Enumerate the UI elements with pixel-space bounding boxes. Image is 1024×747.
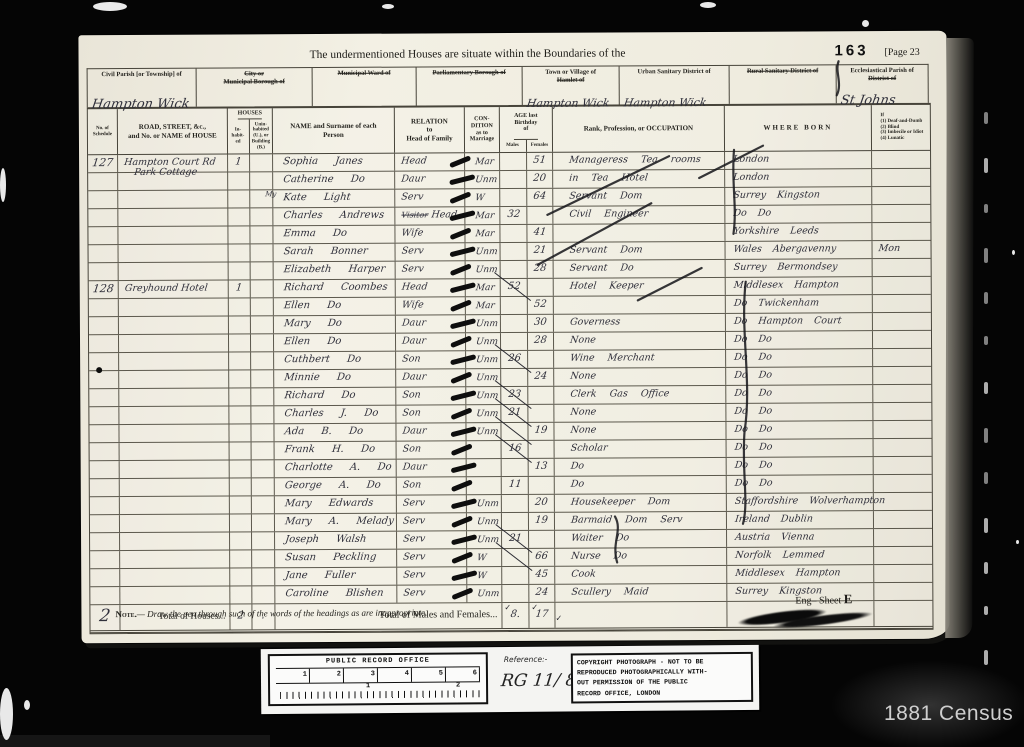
cell-name: Mary A. Melady: [275, 514, 397, 532]
cell-born: Wales Abergavenny: [726, 241, 873, 259]
film-sprocket-mark: [984, 204, 988, 213]
cell-age-male: [501, 243, 528, 260]
cell-age-female: 41: [527, 225, 553, 242]
cell-age-female: 13: [529, 459, 555, 476]
cell-infirmity: [874, 547, 932, 564]
cell-name: Richard Do: [274, 388, 396, 406]
cell-born: Do Do: [727, 457, 874, 475]
cell-schedule: [90, 497, 120, 514]
locality-label: Urban Sanitary District of: [620, 68, 729, 77]
cell-schedule: [89, 407, 119, 424]
cell-road: [119, 316, 229, 334]
cell-name: Sophia Janes: [273, 154, 395, 172]
cell-occupation: Clerk Gas Office: [554, 386, 726, 404]
cell-age-male: [502, 495, 529, 512]
cell-name: Elizabeth Harper: [274, 262, 396, 280]
cell-occupation: Manageress Tea rooms: [553, 152, 725, 170]
cell-occupation: Waiter Do: [555, 530, 727, 548]
cell-road: [119, 262, 229, 280]
cell-schedule: [89, 245, 119, 262]
page-number: [Page 23: [884, 47, 919, 58]
cell-condition: Unm: [466, 423, 501, 440]
cell-infirmity: [872, 169, 930, 186]
cell-road: [120, 586, 230, 604]
locality-label: Rural Sanitary District of: [730, 67, 836, 76]
locality-cell: City orMunicipal Borough of: [197, 68, 313, 107]
cell-inhabited: [230, 514, 252, 531]
cell-condition: Unm: [467, 531, 502, 548]
film-speck: [0, 168, 6, 202]
cell-road: [119, 334, 229, 352]
cell-infirmity: Mon: [873, 241, 931, 258]
cell-uninhabited: [252, 478, 275, 495]
cell-inhabited: [229, 388, 251, 405]
cell-age-male: 52: [501, 279, 528, 296]
cell-road: [119, 298, 229, 316]
film-sprocket-mark: [984, 428, 988, 443]
cell-occupation: [554, 296, 726, 314]
cell-occupation: None: [554, 368, 726, 386]
cell-uninhabited: [252, 496, 275, 513]
ruler-cm: 123456: [276, 666, 480, 684]
cell-age-male: [502, 459, 529, 476]
film-sprocket-mark: [984, 336, 988, 345]
cell-age-male: 32: [500, 207, 527, 224]
cell-uninhabited: [252, 514, 275, 531]
cell-age-male: [500, 189, 527, 206]
cell-inhabited: [230, 568, 252, 585]
cell-name: Mary Do: [274, 316, 396, 334]
cell-name: Sarah Bonner: [274, 244, 396, 262]
cell-road: [119, 424, 229, 442]
cell-schedule: [89, 335, 119, 352]
cell-inhabited: [228, 172, 250, 189]
cell-road: [119, 370, 229, 388]
cell-road: Greyhound Hotel: [119, 280, 229, 298]
cell-uninhabited: [252, 568, 275, 585]
cell-name: Frank H. Do: [275, 442, 397, 460]
cell-uninhabited: [251, 352, 274, 369]
cell-born: Surrey Kingston: [725, 187, 872, 205]
film-speck: [1016, 540, 1019, 544]
cell-born: Staffordshire Wolverhampton: [727, 493, 874, 511]
cell-condition: Unm: [466, 351, 501, 368]
pro-ruler-box: PUBLIC RECORD OFFICE 123456 12: [268, 652, 488, 706]
film-sprocket-mark: [984, 472, 988, 484]
cell-name: Minnie Do: [274, 370, 396, 388]
cell-name: Mary Edwards: [275, 496, 397, 514]
cell-infirmity: [874, 475, 932, 492]
cell-uninhabited: [252, 586, 275, 603]
cell-road: [118, 190, 228, 208]
cell-name: Ellen Do: [274, 334, 396, 352]
cell-uninhabited: [251, 244, 274, 261]
cell-occupation: None: [554, 422, 726, 440]
cell-infirmity: [873, 259, 931, 276]
cell-born: Middlesex Hampton: [726, 277, 873, 295]
cell-road: [120, 514, 230, 532]
paper-edge: [945, 38, 974, 638]
cell-infirmity: [873, 313, 931, 330]
cell-road: [120, 550, 230, 568]
header-road: ROAD, STREET, &c., and No. or NAME of HO…: [118, 108, 228, 154]
cell-age-male: [501, 261, 528, 278]
cell-age-male: [501, 369, 528, 386]
cell-road: [120, 496, 230, 514]
cell-uninhabited: [250, 208, 273, 225]
cell-schedule: [89, 389, 119, 406]
cell-occupation: None: [554, 332, 726, 350]
film-sprocket-mark: [984, 248, 988, 263]
cell-age-male: [500, 153, 527, 170]
cell-age-female: 64: [527, 189, 553, 206]
cell-age-female: 19: [528, 423, 554, 440]
cell-condition: [467, 459, 502, 476]
cell-inhabited: [229, 298, 251, 315]
locality-cell: Ecclesiastical Parish ofDistrict ofSt Jo…: [837, 65, 928, 103]
cell-age-male: 26: [501, 351, 528, 368]
cell-name: Charlotte A. Do: [275, 460, 397, 478]
cell-occupation: Do: [555, 476, 727, 494]
cell-name: Emma Do: [273, 226, 395, 244]
cell-occupation: Servant Dom: [554, 242, 726, 260]
page-title: The undermentioned Houses are situate wi…: [206, 47, 728, 62]
cell-infirmity: [872, 205, 930, 222]
cell-name: MyKate Light: [273, 190, 395, 208]
cell-uninhabited: [252, 550, 275, 567]
header-condition: CON- DITION as to Marriage: [465, 107, 500, 152]
cell-road: [118, 208, 228, 226]
film-sprocket-mark: [984, 606, 988, 615]
locality-label: Municipal Ward of: [313, 70, 416, 79]
cell-infirmity: [872, 187, 930, 204]
cell-inhabited: [230, 460, 252, 477]
cell-occupation: [553, 224, 725, 242]
census-watermark: 1881 Census: [884, 702, 1013, 726]
cell-schedule: [88, 191, 118, 208]
cell-name: Ada B. Do: [274, 424, 396, 442]
cell-condition: [467, 441, 502, 458]
cell-uninhabited: [251, 334, 274, 351]
cell-occupation: Barmaid Dom Serv: [555, 512, 727, 530]
cell-condition: Unm: [466, 369, 501, 386]
cell-schedule: [90, 551, 120, 568]
cell-born: Do Hampton Court: [726, 313, 873, 331]
film-speck: [382, 4, 394, 9]
cell-condition: Unm: [467, 513, 502, 530]
cell-born: Do Do: [726, 331, 873, 349]
cell-inhabited: [230, 532, 252, 549]
cell-schedule: [89, 263, 119, 280]
cell-age-male: [502, 549, 529, 566]
film-sprocket-mark: [984, 562, 988, 574]
cell-inhabited: [228, 190, 250, 207]
film-speck: [862, 20, 869, 27]
cell-inhabited: [230, 478, 252, 495]
cell-inhabited: [229, 352, 251, 369]
cell-schedule: [88, 209, 118, 226]
film-sprocket-mark: [984, 382, 988, 394]
cell-name: Cuthbert Do: [274, 352, 396, 370]
cell-condition: W: [467, 549, 502, 566]
cell-age-female: 21: [528, 243, 554, 260]
cell-condition: Unm: [466, 387, 501, 404]
cell-born: Austria Vienna: [727, 529, 874, 547]
cell-schedule: 128: [89, 281, 119, 298]
pro-title: PUBLIC RECORD OFFICE: [270, 654, 486, 666]
locality-label: Parliamentary Borough of: [417, 69, 522, 78]
locality-cell: Civil Parish [or Township] ofHampton Wic…: [88, 69, 197, 108]
cell-age-male: [501, 297, 528, 314]
cell-schedule: [90, 479, 120, 496]
locality-label: Hamlet of: [523, 77, 619, 86]
header-males: Males: [499, 140, 526, 152]
cell-inhabited: [229, 244, 251, 261]
cell-infirmity: [873, 421, 931, 438]
cell-born: Do Do: [727, 439, 874, 457]
cell-born: Ireland Dublin: [727, 511, 874, 529]
cell-born: London: [725, 151, 872, 169]
locality-header: Civil Parish [or Township] ofHampton Wic…: [87, 64, 929, 107]
cell-schedule: [89, 299, 119, 316]
film-haze: [0, 735, 270, 747]
cell-age-female: [529, 477, 555, 494]
film-speck: [93, 2, 127, 11]
cell-inhabited: [229, 334, 251, 351]
cell-schedule: [90, 569, 120, 586]
cell-born: London: [725, 169, 872, 187]
cell-road: [118, 226, 228, 244]
cell-age-female: 51: [527, 153, 553, 170]
cell-name: Joseph Walsh: [275, 532, 397, 550]
cell-name: Caroline Blishen: [275, 586, 397, 604]
cell-uninhabited: [251, 424, 274, 441]
cell-uninhabited: [252, 442, 275, 459]
cell-age-male: [501, 423, 528, 440]
cell-age-female: [527, 207, 553, 224]
cell-occupation: None: [554, 404, 726, 422]
cell-age-female: [528, 351, 554, 368]
cell-born: Do Do: [726, 349, 873, 367]
header-females: Females: [526, 140, 552, 152]
film-sprocket-mark: [984, 292, 988, 304]
cell-inhabited: 1: [228, 154, 250, 171]
census-sheet: The undermentioned Houses are situate wi…: [78, 31, 949, 644]
locality-cell: Parliamentary Borough of: [417, 67, 523, 106]
header-houses: HOUSES In- habit- ed Unin- habited (U.),…: [228, 108, 273, 153]
ruler-inches: 12: [280, 685, 480, 699]
locality-label: District of: [837, 75, 928, 84]
cell-age-female: 20: [529, 495, 555, 512]
folio-number: 163: [834, 42, 868, 59]
cell-infirmity: [873, 403, 931, 420]
cell-age-female: [529, 531, 555, 548]
total-check: ✓: [555, 602, 727, 628]
cell-uninhabited: [251, 406, 274, 423]
cell-schedule: [88, 173, 118, 190]
cell-uninhabited: [252, 532, 275, 549]
cell-uninhabited: [251, 370, 274, 387]
cell-occupation: Scullery Maid: [555, 584, 727, 602]
cell-occupation: Wine Merchant: [554, 350, 726, 368]
cell-age-male: [501, 315, 528, 332]
locality-cell: Urban Sanitary District ofHampton Wick: [620, 66, 730, 105]
film-sprocket-mark: [984, 518, 988, 533]
cell-occupation: Housekeeper Dom: [555, 494, 727, 512]
cell-age-female: 30: [528, 315, 554, 332]
cell-inhabited: [230, 496, 252, 513]
cell-infirmity: [873, 385, 931, 402]
cell-road: [120, 460, 230, 478]
cell-age-male: 23: [501, 387, 528, 404]
locality-cell: Town or Village ofHamlet ofHampton Wick: [523, 66, 620, 105]
cell-age-male: 21: [502, 531, 529, 548]
cell-inhabited: [228, 226, 250, 243]
locality-value: Hampton Wick: [623, 96, 708, 109]
cell-infirmity: [873, 367, 931, 384]
cell-inhabited: [230, 442, 252, 459]
cell-uninhabited: [250, 154, 273, 171]
cell-inhabited: 1: [229, 280, 251, 297]
cell-age-female: 28: [528, 333, 554, 350]
cell-age-male: 11: [502, 477, 529, 494]
cell-uninhabited: [251, 316, 274, 333]
cell-road: Hampton Court RdPark Cottage: [118, 154, 228, 172]
header-name: NAME and Surname of each Person: [273, 108, 395, 154]
cell-infirmity: [874, 529, 932, 546]
cell-schedule: [90, 587, 120, 604]
cell-inhabited: [229, 424, 251, 441]
cell-condition: Mar: [465, 153, 500, 170]
cell-name: Susan Peckling: [275, 550, 397, 568]
cell-age-male: [500, 225, 527, 242]
film-sprocket-mark: [984, 650, 988, 665]
cell-condition: Unm: [466, 405, 501, 422]
cell-age-male: [500, 171, 527, 188]
header-occupation: Rank, Profession, or OCCUPATION: [553, 106, 725, 152]
cell-age-female: 28: [528, 261, 554, 278]
cell-born: Do Do: [725, 205, 872, 223]
cell-occupation: Civil Engineer: [553, 206, 725, 224]
film-sprocket-mark: [984, 112, 988, 124]
cell-uninhabited: [251, 298, 274, 315]
total-houses-label: Total of Houses...: [120, 604, 230, 630]
film-speck: [700, 2, 716, 8]
header-uninhabited: Unin- habited (U.), or Building (B.): [249, 119, 272, 153]
cell-born: Surrey Bermondsey: [726, 259, 873, 277]
cell-age-male: 21: [501, 405, 528, 422]
cell-infirmity: [873, 331, 931, 348]
cell-road: [120, 568, 230, 586]
header-relation: RELATION to Head of Family: [395, 107, 465, 152]
cell-age-female: 52: [528, 297, 554, 314]
cell-condition: Mar: [465, 207, 500, 224]
cell-schedule: [89, 425, 119, 442]
cell-inhabited: [230, 550, 252, 567]
cell-occupation: Servant Do: [554, 260, 726, 278]
cell-road: [119, 352, 229, 370]
cell-infirmity: [873, 277, 931, 294]
cell-occupation: Do: [555, 458, 727, 476]
locality-cell: Municipal Ward of: [313, 68, 417, 107]
cell-name: Catherine Do: [273, 172, 395, 190]
cell-age-female: [528, 279, 554, 296]
cell-born: Norfolk Lemmed: [727, 547, 874, 565]
cell-born: Do Do: [726, 421, 873, 439]
cell-condition: Unm: [465, 171, 500, 188]
cell-schedule: 127: [88, 155, 118, 172]
cell-age-female: [528, 387, 554, 404]
cell-born: Do Twickenham: [726, 295, 873, 313]
cell-name: Charles J. Do: [274, 406, 396, 424]
cell-condition: Unm: [467, 495, 502, 512]
cell-infirmity: [874, 511, 932, 528]
header-inhabited: In- habit- ed: [227, 119, 249, 153]
cell-road: [120, 532, 230, 550]
cell-occupation: Scholar: [555, 440, 727, 458]
cell-condition: [467, 477, 502, 494]
cell-infirmity: [873, 295, 931, 312]
cell-occupation: Servant Dom: [553, 188, 725, 206]
cell-condition: Unm: [466, 243, 501, 260]
locality-cell: Rural Sanitary District of: [730, 65, 837, 104]
reference-label: Reference:-: [504, 655, 548, 664]
table-body: 127Hampton Court RdPark Cottage1Sophia J…: [88, 151, 932, 605]
cell-condition: Mar: [466, 279, 501, 296]
cell-age-male: [502, 567, 529, 584]
locality-value: St Johns: [840, 93, 897, 108]
cell-road: [119, 406, 229, 424]
cell-age-female: 66: [529, 549, 555, 566]
cell-age-female: [528, 405, 554, 422]
cell-occupation: in Tea Hotel: [553, 170, 725, 188]
cell-condition: Unm: [467, 585, 502, 602]
header-schedule: No. of Schedule: [88, 109, 118, 154]
cell-age-male: [501, 333, 528, 350]
cell-road: [119, 388, 229, 406]
cell-condition: Mar: [465, 225, 500, 242]
cell-occupation: Cook: [555, 566, 727, 584]
film-speck: [1012, 250, 1015, 255]
cell-road: [120, 478, 230, 496]
cell-inhabited: [230, 586, 252, 603]
cell-uninhabited: [251, 262, 274, 279]
cell-infirmity: [874, 457, 932, 474]
cell-name: Richard Coombes: [274, 280, 396, 298]
cell-schedule: [89, 353, 119, 370]
cell-condition: W: [467, 567, 502, 584]
total-females: ✓17: [529, 603, 555, 628]
cell-occupation: Governess: [554, 314, 726, 332]
locality-value: Hampton Wick: [91, 97, 191, 113]
locality-value: Hampton Wick: [526, 96, 611, 109]
locality-label: Municipal Borough of: [197, 78, 312, 87]
cell-schedule: [89, 317, 119, 334]
cell-inhabited: [228, 208, 250, 225]
cell-uninhabited: [251, 388, 274, 405]
cell-born: Do Do: [726, 403, 873, 421]
cell-inhabited: [229, 316, 251, 333]
census-table: No. of Schedule ROAD, STREET, &c., and N…: [87, 103, 934, 634]
cell-age-female: 20: [527, 171, 553, 188]
cell-age-female: [529, 441, 555, 458]
cell-schedule: [90, 515, 120, 532]
locality-label: Civil Parish [or Township] of: [88, 71, 196, 80]
film-sprocket-mark: [984, 158, 988, 173]
total-males: ✓8.: [502, 603, 529, 628]
cell-inhabited: [229, 262, 251, 279]
cell-infirmity: [872, 151, 930, 168]
